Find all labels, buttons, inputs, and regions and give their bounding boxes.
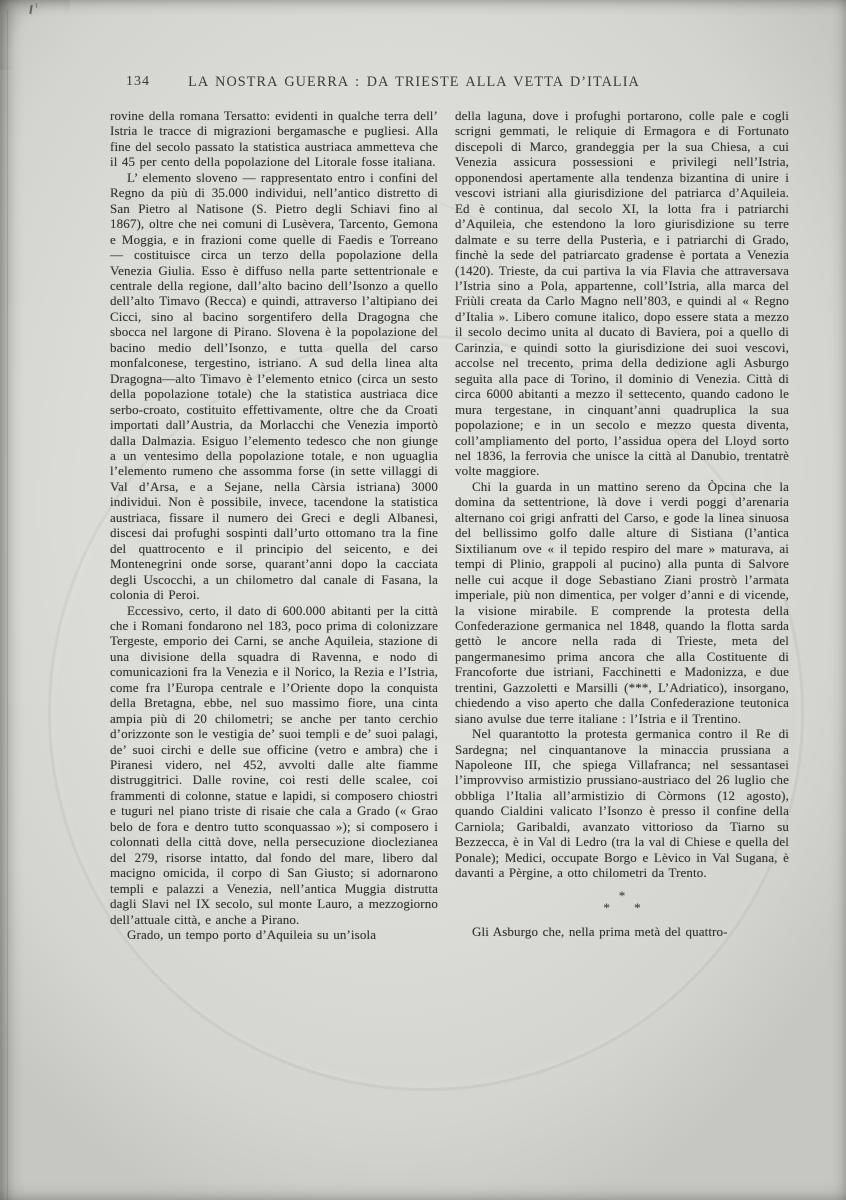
page-number: 134 — [126, 74, 150, 90]
paragraph: della laguna, dove i profughi portarono,… — [455, 108, 789, 479]
right-column: della laguna, dove i profughi portarono,… — [455, 108, 789, 1094]
asterism-divider: * * * — [455, 890, 789, 914]
paragraph: Chi la guarda in un mattino sereno da Òp… — [455, 479, 789, 726]
running-header: LA NOSTRA GUERRA : DA TRIESTE ALLA VETTA… — [188, 74, 640, 91]
paragraph: Nel quarantotto la protesta germanica co… — [455, 726, 789, 881]
paragraph: L’ elemento sloveno — rappresentato entr… — [110, 170, 438, 603]
scan-corner-shade — [0, 0, 70, 70]
paragraph: Eccessivo, certo, il dato di 600.000 abi… — [110, 603, 438, 928]
left-column: rovine della romana Tersatto: evidenti i… — [110, 108, 438, 1094]
asterism-bottom: * * — [455, 902, 789, 914]
paragraph: Gli Asburgo che, nella prima metà del qu… — [455, 924, 789, 939]
book-page: 134 LA NOSTRA GUERRA : DA TRIESTE ALLA V… — [0, 0, 846, 1200]
scan-edge-line — [7, 10, 8, 1200]
paragraph: Grado, un tempo porto d’Aquileia su un’i… — [110, 927, 438, 942]
paragraph: rovine della romana Tersatto: evidenti i… — [110, 108, 438, 170]
